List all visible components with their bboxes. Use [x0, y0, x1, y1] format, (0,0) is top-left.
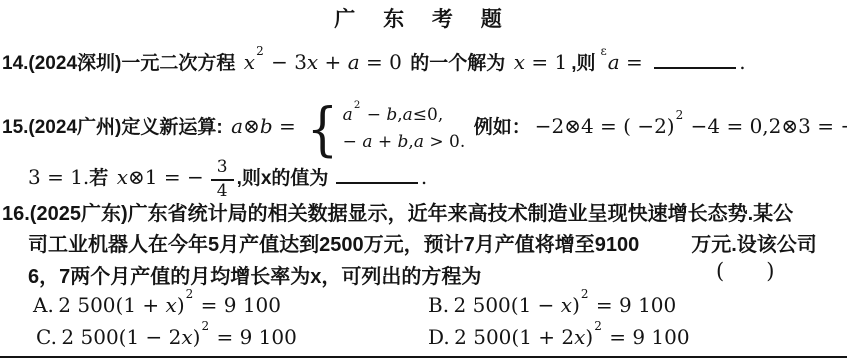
q15-text-before: 15.(2024广州)定义新运算: — [2, 117, 223, 138]
exam-page: 广 东 考 题 14.(2024深圳)一元二次方程 x2 − 3x + a = … — [0, 0, 847, 360]
fraction-numerator: 3 — [211, 158, 234, 181]
q15-cont-math: 3 = 1. — [28, 165, 89, 189]
q16-answer-parentheses: () — [716, 259, 774, 283]
q15-cont-text: 若 — [89, 168, 108, 189]
question-15: 15.(2024广州)定义新运算: a⊗b ={a2 − b,a≤0,− a +… — [2, 100, 847, 158]
option-d-formula: 2 500(1 + 2x)2 = 9 100 — [454, 325, 689, 349]
option-a-label: A. — [33, 293, 54, 317]
q15-piecewise-cases: {a2 − b,a≤0,− a + b,a > 0. — [304, 100, 465, 158]
option-a-formula: 2 500(1 + x)2 = 9 100 — [58, 293, 281, 317]
q14-period: . — [739, 50, 745, 74]
q15-case-top: a2 − b,a≤0, — [343, 102, 466, 129]
option-c: C. 2 500(1 − 2x)2 = 9 100 — [36, 325, 297, 349]
option-d-label: D. — [428, 325, 450, 349]
left-brace-glyph: { — [307, 100, 338, 158]
q14-text-before: 14.(2024深圳)一元二次方程 — [2, 53, 235, 74]
q15-example-label: 例如： — [474, 117, 531, 138]
q16-line1-text: 16.(2025广东)广东省统计局的相关数据显示，近年来高技术制造业呈现快速增长… — [2, 203, 793, 225]
q14-answer-blank — [654, 53, 736, 69]
question-15-continuation: 3 = 1.若 x⊗1 = −34,则x的值为 . — [28, 158, 427, 201]
q14-equation: x2 − 3x + a = 0 — [244, 50, 402, 74]
question-16-line3: 6，7两个月产值的月均增长率为x，可列出的方程为 — [28, 260, 481, 289]
bottom-divider-line — [0, 356, 847, 358]
option-b: B. 2 500(1 − x)2 = 9 100 — [428, 293, 676, 317]
q15-period: . — [421, 165, 427, 189]
q14-solution: x = 1 — [514, 50, 567, 74]
q15-cont-formula: x⊗1 = − — [117, 165, 204, 189]
option-c-label: C. — [36, 325, 57, 349]
question-14: 14.(2024深圳)一元二次方程 x2 − 3x + a = 0 的一个解为 … — [2, 48, 746, 75]
option-d: D. 2 500(1 + 2x)2 = 9 100 — [428, 325, 690, 349]
q15-fraction: 34 — [211, 158, 234, 201]
q14-answer-lhs: ɛa = — [600, 50, 643, 74]
q15-case-bottom: − a + b,a > 0. — [343, 129, 466, 156]
q15-case-lines: a2 − b,a≤0,− a + b,a > 0. — [343, 102, 466, 156]
q16-line3-text: 6，7两个月产值的月均增长率为x，可列出的方程为 — [28, 266, 481, 288]
q15-answer-blank — [336, 167, 418, 183]
option-b-formula: 2 500(1 − x)2 = 9 100 — [454, 293, 677, 317]
question-16-line2: 司工业机器人在今年5月产值达到2500万元，预计7月产值将增至9100万元.设该… — [28, 228, 817, 257]
question-16-line1: 16.(2025广东)广东省统计局的相关数据显示，近年来高技术制造业呈现快速增长… — [2, 197, 793, 226]
option-c-formula: 2 500(1 − 2x)2 = 9 100 — [61, 325, 296, 349]
q14-text-mid: 的一个解为 — [410, 53, 505, 74]
q15-operation-lhs: a⊗b = — [231, 114, 296, 138]
close-paren: ) — [766, 259, 774, 283]
q16-line2-before-gap: 司工业机器人在今年5月产值达到2500万元，预计7月产值将增至9100 — [28, 234, 639, 256]
page-title: 广 东 考 题 — [0, 3, 847, 33]
q15-example-formula: −2⊗4 = ( −2)2 −4 = 0,2⊗3 = −2 + — [535, 114, 847, 138]
option-a: A. 2 500(1 + x)2 = 9 100 — [33, 293, 281, 317]
option-b-label: B. — [428, 293, 449, 317]
q16-line2-after-gap: 万元.设该公司 — [691, 234, 817, 256]
q15-cont-after: ,则x的值为 — [237, 168, 329, 189]
q14-text-then: ,则 — [571, 53, 595, 74]
open-paren: ( — [716, 259, 724, 283]
